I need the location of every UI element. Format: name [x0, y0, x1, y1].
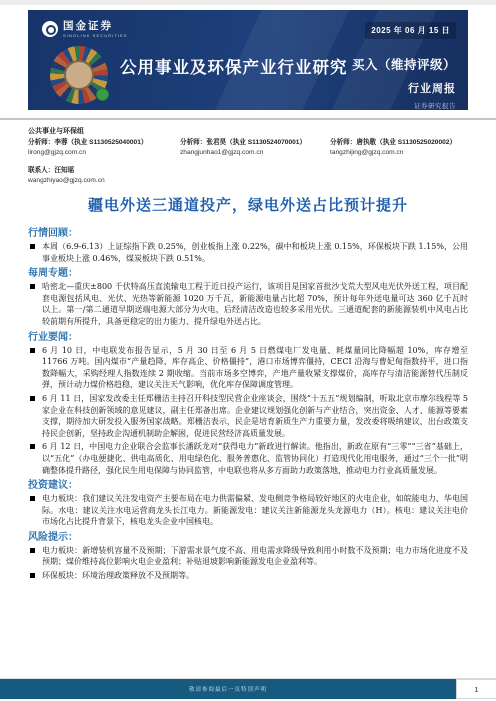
contact-person: 联系人：汪知瑶 wangzhiyao@gjzq.com.cn [28, 166, 468, 186]
list-item: 6 月 10 日，中电联发布报告显示，5 月 30 日至 6 月 5 日燃煤电厂… [28, 345, 468, 391]
brand-logo: 国金证券 SINOLINK SECURITIES [42, 21, 128, 38]
square-bullet-icon [30, 573, 35, 578]
contact-email: wangzhiyao@gjzq.com.cn [28, 176, 468, 186]
header-band: 国金证券 SINOLINK SECURITIES 公用事业及环保产业行业研究 2… [28, 10, 468, 110]
square-bullet-icon [30, 348, 35, 353]
section-heading-investment-advice: 投资建议： [28, 479, 468, 492]
sinolink-logo-icon [42, 21, 58, 37]
report-date: 2025 年 06 月 15 日 [365, 22, 456, 39]
section-heading-weekly-topic: 每周专题： [28, 267, 468, 280]
page-title: 疆电外送三通道投产，绿电外送占比预计提升 [0, 194, 496, 215]
page-number: 1 [456, 679, 496, 699]
contact-title: 联系人：汪知瑶 [28, 166, 468, 176]
analyst-3: 分析师：唐执敬（执业 S1130525020002） tangzhijing@g… [330, 138, 468, 158]
square-bullet-icon [30, 396, 35, 401]
list-item: 环保板块：环境治理政策释放不及预期等。 [28, 570, 468, 582]
analyst-3-title: 分析师：唐执敬（执业 S1130525020002） [330, 138, 468, 148]
section-heading-industry-news: 行业要闻： [28, 331, 468, 344]
footer-disclaimer-text: 敬请参阅最后一页特别声明 [189, 685, 267, 693]
brand-name-en: SINOLINK SECURITIES [63, 34, 128, 38]
section-heading-risk-warning: 风险提示： [28, 531, 468, 544]
analyst-group-name: 公共事业与环保组 [28, 127, 468, 137]
analyst-3-email: tangzhijing@gjzq.com.cn [330, 148, 468, 158]
brand-name: 国金证券 [63, 21, 128, 32]
report-type: 行业周报 [352, 80, 456, 96]
square-bullet-icon [30, 444, 35, 449]
section-heading-market-review: 行情回顾： [28, 227, 468, 240]
bullet-text: 电力板块：我们建议关注发电资产主要布局在电力供需偏紧、发电侧竞争格局较好地区的火… [42, 493, 468, 528]
list-item: 6 月 12 日，中国电力企业联合会监事长潘跃龙对“获得电力”新政进行解读。他指… [28, 441, 468, 476]
analyst-block: 公共事业与环保组 分析师：李蓉（执业 S1130525040001） liron… [28, 127, 468, 186]
rating-badge: 买入（维持评级） [352, 55, 456, 73]
list-item: 哈密北—重庆±800 千伏特高压直流输电工程于近日投产运行，该项目是国家首批沙戈… [28, 281, 468, 327]
list-item: 电力板块：新增装机容量不及预期；下游需求景气度不高、用电需求降级导致利用小时数不… [28, 545, 468, 568]
leaf-icon [96, 88, 109, 101]
square-bullet-icon [30, 548, 35, 553]
bullet-text: 本周（6.9-6.13）上证综指下跌 0.25%，创业板指上涨 0.22%，碳中… [42, 241, 468, 264]
footer-disclaimer-bar: 敬请参阅最后一页特别声明 [0, 679, 456, 699]
analyst-1-title: 分析师：李蓉（执业 S1130525040001） [28, 138, 178, 148]
header-divider [0, 118, 496, 120]
header-right-block: 2025 年 06 月 15 日 买入（维持评级） 行业周报 证券研究报告 [352, 20, 456, 110]
analyst-2-email: zhangjunhao1@gjzq.com.cn [180, 148, 328, 158]
bullet-text: 6 月 12 日，中国电力企业联合会监事长潘跃龙对“获得电力”新政进行解读。他指… [42, 441, 468, 476]
analyst-2: 分析师：张君昊（执业 S1130524070001） zhangjunhao1@… [180, 138, 328, 158]
bullet-text: 哈密北—重庆±800 千伏特高压直流输电工程于近日投产运行，该项目是国家首批沙戈… [42, 281, 468, 327]
bullet-text: 6 月 11 日，国家发改委主任郑栅洁主持召开科技型民营企业座谈会，围绕“十五五… [42, 393, 468, 439]
analyst-2-title: 分析师：张君昊（执业 S1130524070001） [180, 138, 328, 148]
analyst-1: 分析师：李蓉（执业 S1130525040001） lirong@gjzq.co… [28, 138, 178, 158]
report-body: 行情回顾： 本周（6.9-6.13）上证综指下跌 0.25%，创业板指上涨 0.… [28, 224, 468, 584]
page-edge-strip [0, 0, 496, 5]
list-item: 6 月 11 日，国家发改委主任郑栅洁主持召开科技型民营企业座谈会，围绕“十五五… [28, 393, 468, 439]
bullet-text: 6 月 10 日，中电联发布报告显示，5 月 30 日至 6 月 5 日燃煤电厂… [42, 345, 468, 391]
circular-seal-stamp-icon [50, 46, 108, 104]
report-tag: 证券研究报告 [352, 101, 456, 110]
analyst-row: 分析师：李蓉（执业 S1130525040001） lirong@gjzq.co… [28, 138, 468, 158]
report-series-title: 公用事业及环保产业行业研究 [120, 54, 340, 78]
list-item: 本周（6.9-6.13）上证综指下跌 0.25%，创业板指上涨 0.22%，碳中… [28, 241, 468, 264]
analyst-1-email: lirong@gjzq.com.cn [28, 148, 178, 158]
square-bullet-icon [30, 284, 35, 289]
report-page: 国金证券 SINOLINK SECURITIES 公用事业及环保产业行业研究 2… [0, 0, 496, 701]
page-footer: 敬请参阅最后一页特别声明 1 [0, 678, 496, 699]
list-item: 电力板块：我们建议关注发电资产主要布局在电力供需偏紧、发电侧竞争格局较好地区的火… [28, 493, 468, 528]
bullet-text: 电力板块：新增装机容量不及预期；下游需求景气度不高、用电需求降级导致利用小时数不… [42, 545, 468, 568]
bullet-text: 环保板块：环境治理政策释放不及预期等。 [42, 570, 468, 582]
square-bullet-icon [30, 244, 35, 249]
square-bullet-icon [30, 496, 35, 501]
